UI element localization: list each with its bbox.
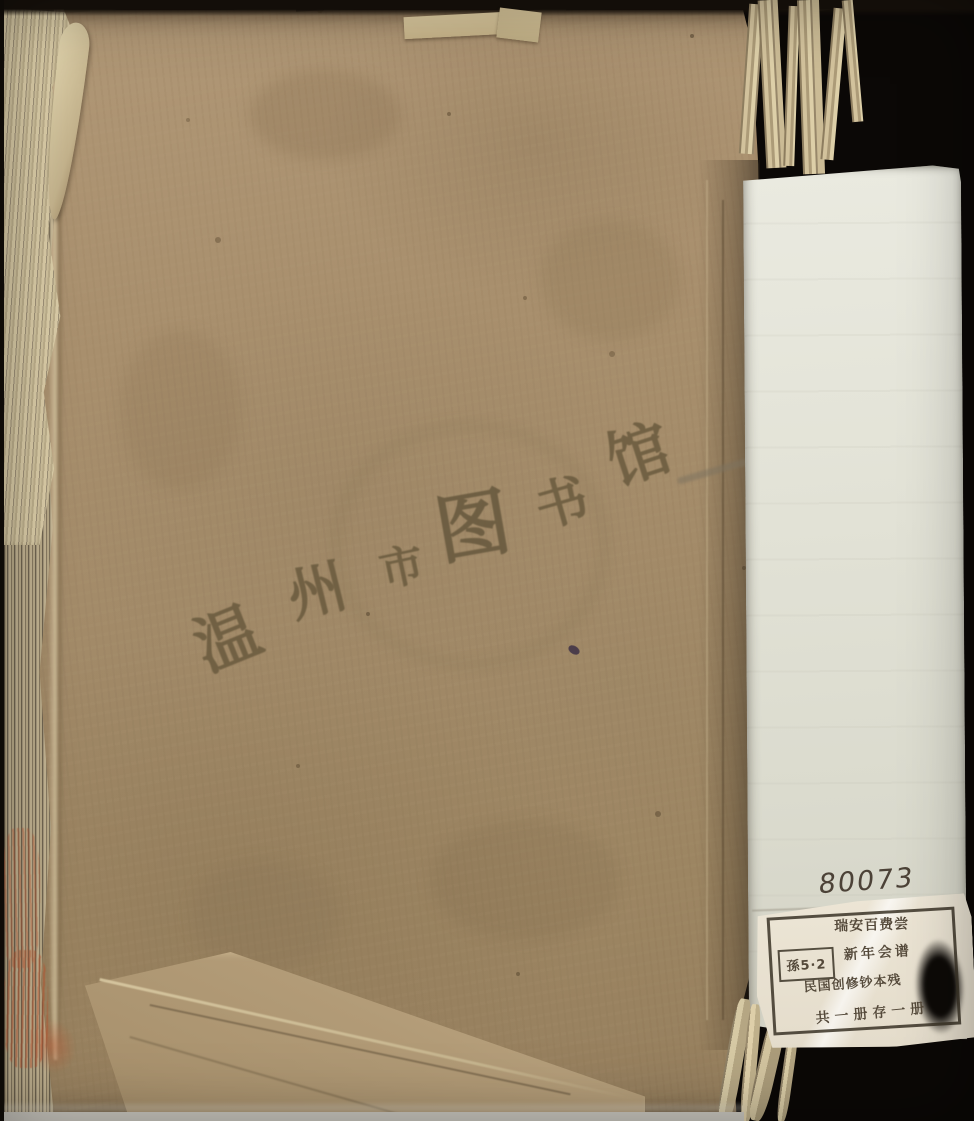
stain (540, 220, 680, 340)
class-code-box: 孫5·2 (778, 947, 836, 982)
scan-canvas: 温 州 市 图 书 馆 80073 孫5·2 瑞安百费尝 新年会谱 民国创修钞本… (0, 0, 974, 1121)
frayed-paper-strip (758, 0, 787, 168)
stain (430, 820, 620, 940)
tape-repair (496, 8, 541, 43)
stain (190, 860, 340, 970)
red-pigment-mark (2, 828, 40, 968)
crease-line (722, 200, 724, 1020)
scanner-bed-strip (0, 1112, 744, 1121)
stamp-border-box: 孫5·2 瑞安百费尝 新年会谱 民国创修钞本残 共一册存一册 (767, 907, 962, 1036)
frayed-paper-strip (842, 0, 864, 122)
left-edge-shadow (0, 0, 4, 1121)
inscription-char: 市 (376, 542, 428, 594)
stain (250, 70, 400, 160)
class-code: 孫5·2 (786, 958, 827, 973)
catalog-label: 孫5·2 瑞安百费尝 新年会谱 民国创修钞本残 共一册存一册 (753, 893, 974, 1053)
stain (120, 330, 240, 490)
label-line-1: 瑞安百费尝 (834, 917, 909, 933)
inscription-char: 图 (430, 484, 516, 570)
frayed-paper-strip (820, 8, 846, 161)
label-line-4: 共一册存一册 (815, 1001, 930, 1026)
label-line-2: 新年会谱 (844, 944, 913, 962)
crease-line (706, 180, 708, 1020)
bottom-edge-glow (0, 1104, 744, 1112)
